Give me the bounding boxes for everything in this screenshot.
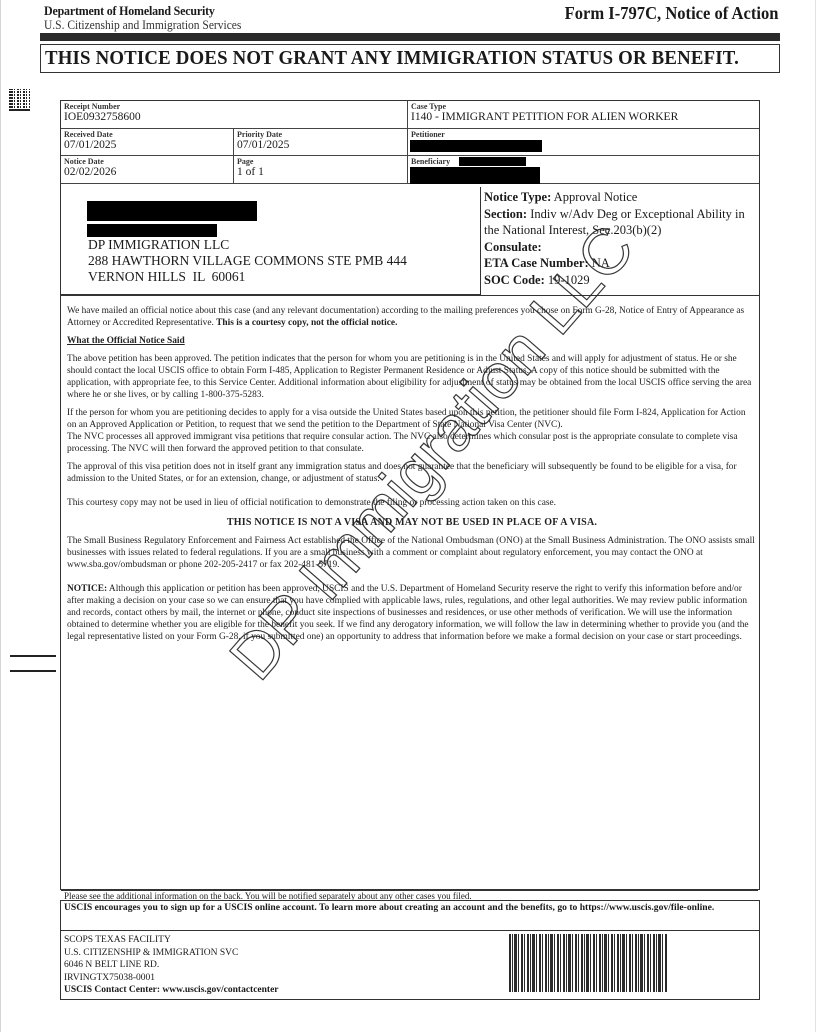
priority-date-label: Priority Date bbox=[234, 129, 407, 139]
paragraph-nvc: The NVC processes all approved immigrant… bbox=[67, 431, 757, 455]
page-label: Page bbox=[234, 156, 407, 166]
mailing-address-box: DP IMMIGRATION LLC 288 HAWTHORN VILLAGE … bbox=[61, 187, 481, 295]
recipient-name-redaction-2 bbox=[87, 224, 217, 237]
receipt-number-cell: Receipt Number IOE0932758600 bbox=[61, 101, 408, 129]
soc-code-value: 19-1029 bbox=[548, 273, 590, 287]
paragraph-courtesy: This courtesy copy may not be used in li… bbox=[67, 497, 757, 509]
notice-date-value: 02/02/2026 bbox=[61, 166, 233, 179]
address-line-3: VERNON HILLS IL 60061 bbox=[88, 269, 407, 285]
beneficiary-redaction-2 bbox=[410, 167, 540, 184]
paragraph-notice: NOTICE: Although this application or pet… bbox=[67, 583, 757, 643]
receipt-number-value: IOE0932758600 bbox=[61, 111, 407, 124]
return-address-line-2: U.S. CITIZENSHIP & IMMIGRATION SVC bbox=[64, 947, 279, 960]
online-account-text: USCIS encourages you to sign up for a US… bbox=[61, 901, 759, 915]
visa-warning: THIS NOTICE IS NOT A VISA AND MAY NOT BE… bbox=[67, 517, 757, 529]
return-address: SCOPS TEXAS FACILITY U.S. CITIZENSHIP & … bbox=[64, 934, 279, 997]
page-value: 1 of 1 bbox=[234, 166, 407, 179]
contact-center-link[interactable]: USCIS Contact Center: www.uscis.gov/cont… bbox=[64, 984, 279, 997]
priority-date-cell: Priority Date 07/01/2025 bbox=[234, 129, 408, 156]
barcode-icon bbox=[509, 934, 667, 992]
header-divider-bar bbox=[40, 33, 780, 41]
online-account-row: USCIS encourages you to sign up for a US… bbox=[60, 900, 760, 931]
recipient-name-redaction bbox=[87, 201, 257, 221]
notice-date-label: Notice Date bbox=[61, 156, 233, 166]
return-address-line-4: IRVINGTX75038-0001 bbox=[64, 972, 279, 985]
notice-date-cell: Notice Date 02/02/2026 bbox=[61, 156, 234, 184]
notice-info: Notice Type: Approval Notice Section: In… bbox=[482, 189, 757, 288]
case-type-value: I140 - IMMIGRANT PETITION FOR ALIEN WORK… bbox=[408, 111, 759, 124]
paragraph-ombudsman: The Small Business Regulatory Enforcemen… bbox=[67, 535, 757, 571]
warning-banner: THIS NOTICE DOES NOT GRANT ANY IMMIGRATI… bbox=[40, 44, 780, 73]
section-label: Section: bbox=[484, 207, 527, 221]
notice-type-value: Approval Notice bbox=[554, 190, 638, 204]
address-line-1: DP IMMIGRATION LLC bbox=[88, 237, 407, 253]
case-type-label: Case Type bbox=[408, 101, 759, 111]
notice-label: NOTICE: bbox=[67, 584, 107, 594]
notice-type-label: Notice Type: bbox=[484, 190, 551, 204]
eta-case-number-value: NA bbox=[592, 256, 610, 270]
soc-code-label: SOC Code: bbox=[484, 273, 545, 287]
fold-mark-2 bbox=[10, 670, 56, 672]
address-line-2: 288 HAWTHORN VILLAGE COMMONS STE PMB 444 bbox=[88, 253, 407, 269]
fold-mark-1 bbox=[10, 655, 56, 657]
petitioner-redaction bbox=[410, 140, 542, 152]
agency-header: Department of Homeland Security U.S. Cit… bbox=[44, 3, 259, 33]
agency-name: U.S. Citizenship and Immigration Service… bbox=[44, 18, 241, 33]
form-title: Form I-797C, Notice of Action bbox=[564, 3, 778, 24]
received-date-label: Received Date bbox=[61, 129, 233, 139]
paragraph-no-guarantee: The approval of this visa petition does … bbox=[67, 461, 757, 485]
paragraph-visa-outside: If the person for whom you are petitioni… bbox=[67, 407, 757, 431]
page-cell: Page 1 of 1 bbox=[234, 156, 408, 184]
petitioner-cell: Petitioner bbox=[408, 129, 759, 156]
section-heading: What the Official Notice Said bbox=[67, 335, 757, 347]
intro-paragraph: We have mailed an official notice about … bbox=[67, 305, 757, 329]
petitioner-label: Petitioner bbox=[408, 129, 759, 139]
beneficiary-cell: Beneficiary bbox=[408, 156, 759, 184]
return-address-line-1: SCOPS TEXAS FACILITY bbox=[64, 934, 279, 947]
qr-code-icon bbox=[9, 89, 30, 111]
paragraph-approval: The above petition has been approved. Th… bbox=[67, 353, 757, 401]
received-date-value: 07/01/2025 bbox=[61, 139, 233, 152]
beneficiary-redaction-1 bbox=[459, 157, 526, 166]
mailing-address: DP IMMIGRATION LLC 288 HAWTHORN VILLAGE … bbox=[88, 237, 407, 285]
return-address-box: SCOPS TEXAS FACILITY U.S. CITIZENSHIP & … bbox=[60, 931, 760, 1000]
notice-body: We have mailed an official notice about … bbox=[67, 305, 757, 649]
courtesy-copy-note: This is a courtesy copy, not the officia… bbox=[216, 318, 397, 328]
warning-banner-text: THIS NOTICE DOES NOT GRANT ANY IMMIGRATI… bbox=[45, 47, 739, 70]
received-date-cell: Received Date 07/01/2025 bbox=[61, 129, 234, 156]
section-divider bbox=[61, 295, 759, 296]
eta-case-number-label: ETA Case Number: bbox=[484, 256, 589, 270]
consulate-label: Consulate: bbox=[484, 240, 542, 254]
notice-main-box: Receipt Number IOE0932758600 Case Type I… bbox=[60, 100, 760, 890]
priority-date-value: 07/01/2025 bbox=[234, 139, 407, 152]
case-type-cell: Case Type I140 - IMMIGRANT PETITION FOR … bbox=[408, 101, 759, 129]
receipt-number-label: Receipt Number bbox=[61, 101, 407, 111]
return-address-line-3: 6046 N BELT LINE RD. bbox=[64, 959, 279, 972]
department-name: Department of Homeland Security bbox=[44, 3, 241, 19]
